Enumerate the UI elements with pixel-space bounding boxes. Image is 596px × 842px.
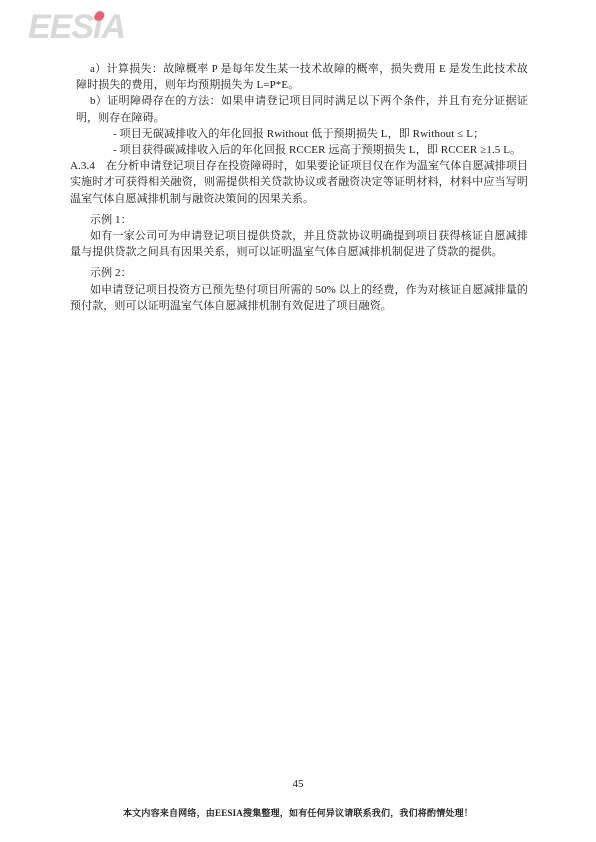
section-a-3-4: A.3.4 在分析申请登记项目存在投资障碍时，如果要论证项目仅在作为温室气体自愿… bbox=[70, 158, 528, 207]
page-number: 45 bbox=[0, 778, 596, 790]
logo-letter-i: i bbox=[93, 10, 101, 44]
example-2-label: 示例 2： bbox=[70, 265, 528, 281]
document-page: { "logo": { "text": "EESiA", "part_befor… bbox=[0, 0, 596, 842]
bullet-rwithout: - 项目无碳减排收入的年化回报 Rwithout 低于预期损失 L，即 Rwit… bbox=[70, 126, 528, 142]
paragraph-item-b: b）证明障碍存在的方法：如果申请登记项目同时满足以下两个条件，并且有充分证据证明… bbox=[70, 93, 528, 125]
example-2-text: 如申请登记项目投资方已预先垫付项目所需的 50% 以上的经费，作为对核证自愿减排… bbox=[70, 282, 528, 314]
bullet-rccer: - 项目获得碳减排收入后的年化回报 RCCER 远高于预期损失 L，即 RCCE… bbox=[70, 142, 528, 158]
example-1-label: 示例 1： bbox=[70, 212, 528, 228]
document-body: a）计算损失：故障概率 P 是每年发生某一技术故障的概率，损失费用 E 是发生此… bbox=[70, 61, 528, 314]
logo-text-after-i: A bbox=[102, 8, 126, 46]
example-1-text: 如有一家公司可为申请登记项目提供贷款，并且贷款协议明确提到项目获得核证自愿减排量… bbox=[70, 228, 528, 260]
eesia-logo: EESiA bbox=[28, 10, 125, 44]
logo-text-before-i: EES bbox=[28, 8, 93, 46]
footer-notice: 本文内容来自网络，由EESIA搜集整理，如有任何异议请联系我们，我们将酌情处理！ bbox=[0, 806, 596, 819]
paragraph-item-a: a）计算损失：故障概率 P 是每年发生某一技术故障的概率，损失费用 E 是发生此… bbox=[70, 61, 528, 93]
